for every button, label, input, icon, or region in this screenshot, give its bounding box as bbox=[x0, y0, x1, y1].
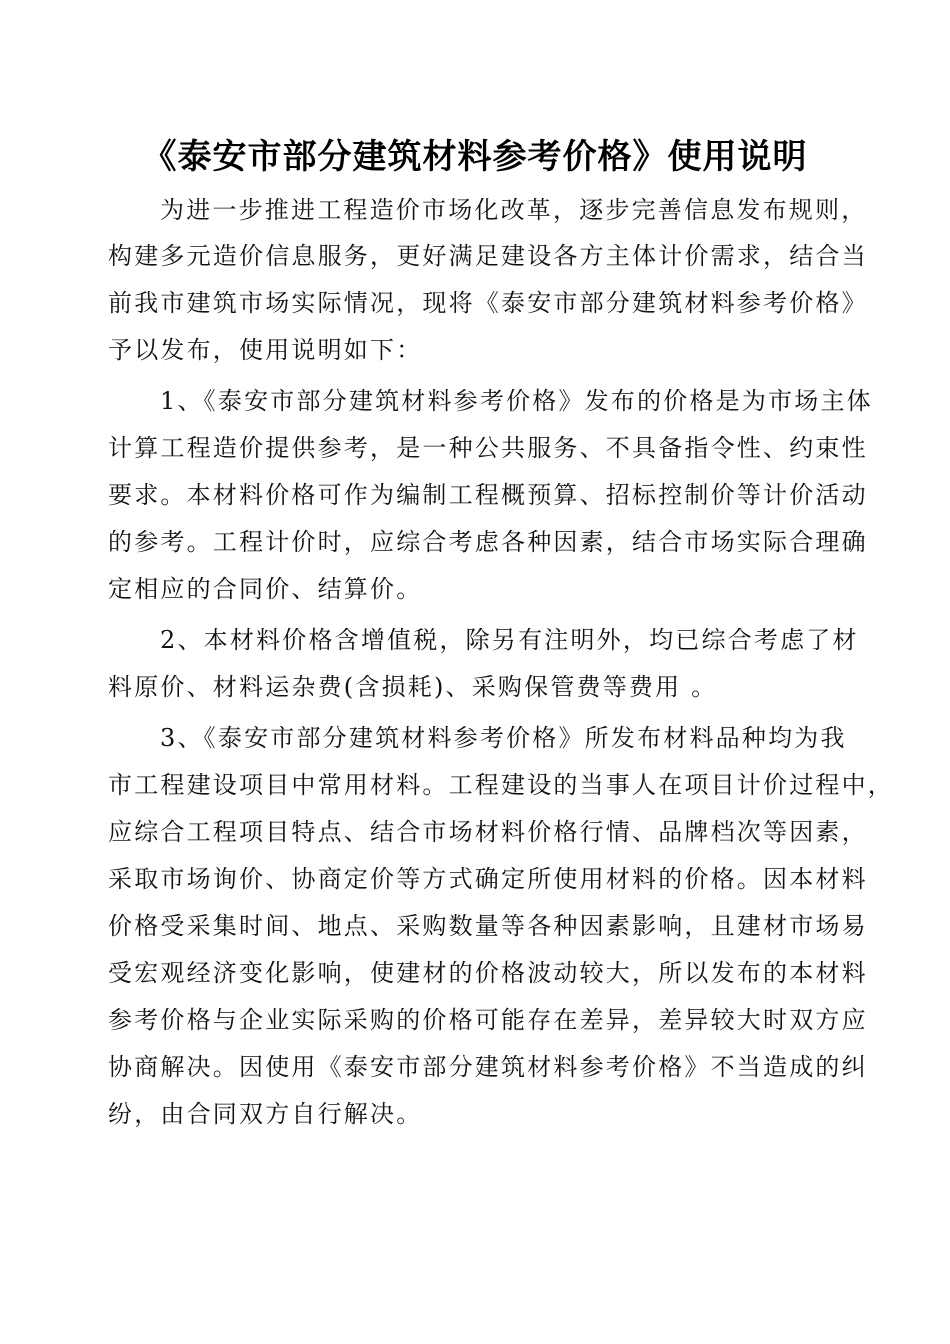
text-line: 受宏观经济变化影响，使建材的价格波动较大，所以发布的本材料 bbox=[108, 953, 868, 993]
text-line: 料原价、材料运杂费(含损耗)、采购保管费等费用 。 bbox=[108, 667, 717, 707]
text-line: 予以发布，使用说明如下： bbox=[108, 330, 422, 370]
text-line: 3、《泰安市部分建筑材料参考价格》所发布材料品种均为我 bbox=[160, 718, 847, 758]
text-line: 采取市场询价、协商定价等方式确定所使用材料的价格。因本材料 bbox=[108, 859, 868, 899]
text-line: 要求。本材料价格可作为编制工程概预算、招标控制价等计价活动 bbox=[108, 475, 868, 515]
text-line: 参考价格与企业实际采购的价格可能存在差异，差异较大时双方应 bbox=[108, 1000, 868, 1040]
document-title: 《泰安市部分建筑材料参考价格》使用说明 bbox=[0, 132, 950, 182]
text-line: 价格受采集时间、地点、采购数量等各种因素影响，且建材市场易 bbox=[108, 906, 868, 946]
text-line: 1、《泰安市部分建筑材料参考价格》发布的价格是为市场主体 bbox=[160, 381, 873, 421]
text-line: 定相应的合同价、结算价。 bbox=[108, 569, 422, 609]
text-line: 应综合工程项目特点、结合市场材料价格行情、品牌档次等因素， bbox=[108, 812, 868, 852]
text-line: 市工程建设项目中常用材料。工程建设的当事人在项目计价过程中， bbox=[108, 765, 894, 805]
text-line: 构建多元造价信息服务，更好满足建设各方主体计价需求，结合当 bbox=[108, 236, 868, 276]
document-page: 《泰安市部分建筑材料参考价格》使用说明 为进一步推进工程造价市场化改革，逐步完善… bbox=[0, 0, 950, 1344]
text-line: 的参考。工程计价时，应综合考虑各种因素，结合市场实际合理确 bbox=[108, 522, 868, 562]
text-line: 为进一步推进工程造价市场化改革，逐步完善信息发布规则， bbox=[160, 190, 867, 230]
text-line: 2、本材料价格含增值税，除另有注明外，均已综合考虑了材 bbox=[160, 620, 859, 660]
text-line: 计算工程造价提供参考，是一种公共服务、不具备指令性、约束性 bbox=[108, 428, 868, 468]
text-line: 纷，由合同双方自行解决。 bbox=[108, 1094, 422, 1134]
text-line: 前我市建筑市场实际情况，现将《泰安市部分建筑材料参考价格》 bbox=[108, 283, 868, 323]
text-line: 协商解决。因使用《泰安市部分建筑材料参考价格》不当造成的纠 bbox=[108, 1047, 868, 1087]
